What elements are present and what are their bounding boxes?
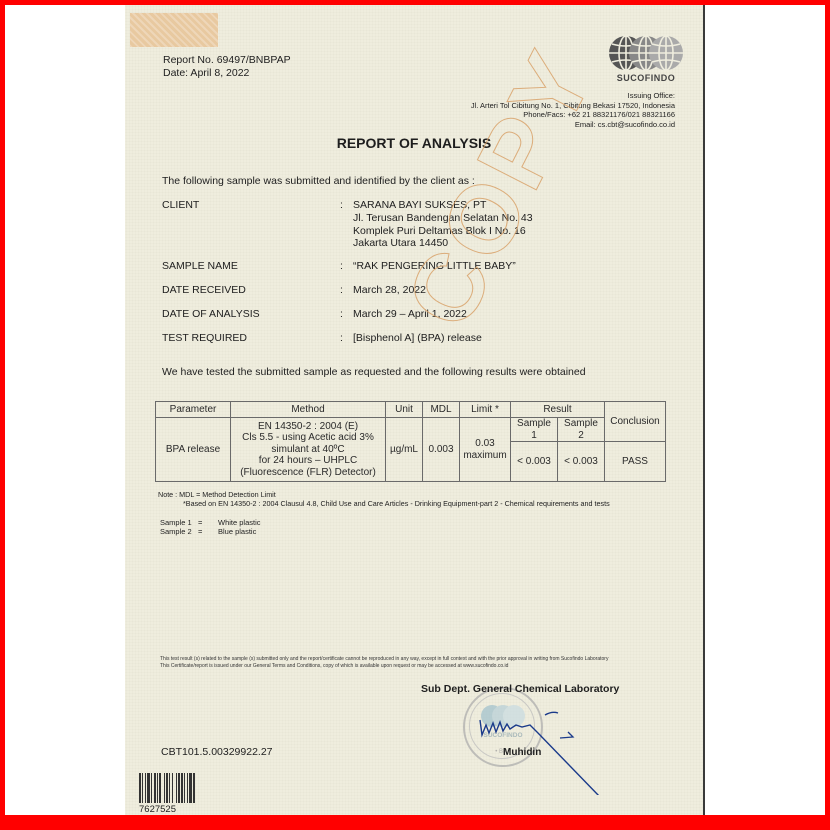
results-table: Parameter Method Unit MDL Limit * Result… bbox=[155, 401, 666, 482]
colon: : bbox=[340, 199, 343, 211]
sample-legend-item: Sample 2=Blue plastic bbox=[160, 527, 261, 536]
header-parameter: Parameter bbox=[156, 402, 231, 418]
test-required-label: TEST REQUIRED bbox=[162, 332, 247, 344]
cell-sample-1: < 0.003 bbox=[511, 442, 558, 482]
header-result: Result bbox=[511, 402, 605, 418]
sample-legend-item: Sample 1=White plastic bbox=[160, 518, 261, 527]
method-line: simulant at 40ºC bbox=[234, 444, 382, 456]
cell-limit: 0.03 maximum bbox=[460, 418, 511, 482]
document-code: CBT101.5.00329922.27 bbox=[161, 746, 273, 758]
colon: : bbox=[340, 308, 343, 320]
barcode bbox=[139, 773, 215, 803]
report-header: Report No. 69497/BNBPAP Date: April 8, 2… bbox=[163, 54, 291, 80]
header-sample-2: Sample2 bbox=[558, 418, 605, 442]
disclaimer-line: This test result (s) related to the samp… bbox=[160, 656, 608, 663]
colon: : bbox=[340, 260, 343, 272]
equals: = bbox=[198, 518, 218, 527]
globe-icon bbox=[648, 35, 684, 71]
method-line: (Fluorescence (FLR) Detector) bbox=[234, 467, 382, 479]
logo-text: SUCOFINDO bbox=[608, 73, 684, 83]
handwritten-signature bbox=[460, 695, 620, 795]
barcode-number: 7627525 bbox=[139, 804, 176, 815]
method-line: for 24 hours – UHPLC bbox=[234, 455, 382, 467]
date-analysis-label: DATE OF ANALYSIS bbox=[162, 308, 260, 320]
header-conclusion: Conclusion bbox=[605, 402, 666, 442]
disclaimer: This test result (s) related to the samp… bbox=[160, 656, 608, 670]
method-line: Cls 5.5 - using Acetic acid 3% bbox=[234, 432, 382, 444]
security-seal bbox=[130, 13, 218, 47]
equals: = bbox=[198, 527, 218, 536]
client-label: CLIENT bbox=[162, 199, 199, 211]
cell-unit: µg/mL bbox=[386, 418, 423, 482]
sample-desc: White plastic bbox=[218, 518, 261, 527]
disclaimer-line: This Certificate/report is issued under … bbox=[160, 663, 608, 670]
report-number: Report No. 69497/BNBPAP bbox=[163, 54, 291, 67]
header-limit: Limit * bbox=[460, 402, 511, 418]
red-frame-bottom bbox=[0, 815, 830, 830]
colon: : bbox=[340, 284, 343, 296]
note-based-on: *Based on EN 14350-2 : 2004 Clausul 4.8,… bbox=[158, 500, 610, 509]
cell-conclusion: PASS bbox=[605, 442, 666, 482]
method-line: EN 14350-2 : 2004 (E) bbox=[234, 421, 382, 433]
sample-id: Sample 1 bbox=[160, 518, 198, 527]
date-received-label: DATE RECEIVED bbox=[162, 284, 246, 296]
header-method: Method bbox=[231, 402, 386, 418]
cell-sample-2: < 0.003 bbox=[558, 442, 605, 482]
cell-mdl: 0.003 bbox=[423, 418, 460, 482]
header-sample-1: Sample1 bbox=[511, 418, 558, 442]
cell-method: EN 14350-2 : 2004 (E) Cls 5.5 - using Ac… bbox=[231, 418, 386, 482]
header-unit: Unit bbox=[386, 402, 423, 418]
department-name: Sub Dept. General Chemical Laboratory bbox=[421, 683, 619, 695]
sample-id: Sample 2 bbox=[160, 527, 198, 536]
tested-statement: We have tested the submitted sample as r… bbox=[162, 366, 586, 378]
sample-desc: Blue plastic bbox=[218, 527, 256, 536]
cell-parameter: BPA release bbox=[156, 418, 231, 482]
sample-name-label: SAMPLE NAME bbox=[162, 260, 238, 272]
limit-value: 0.03 bbox=[463, 438, 507, 450]
signer-name: Muhidin bbox=[503, 747, 541, 758]
colon: : bbox=[340, 332, 343, 344]
copy-watermark: COPY bbox=[385, 31, 617, 345]
sucofindo-logo: SUCOFINDO bbox=[608, 35, 684, 83]
table-notes: Note : MDL = Method Detection Limit *Bas… bbox=[158, 491, 610, 508]
report-date: Date: April 8, 2022 bbox=[163, 67, 291, 80]
limit-qualifier: maximum bbox=[463, 450, 507, 462]
sample-legend: Sample 1=White plastic Sample 2=Blue pla… bbox=[160, 518, 261, 536]
header-mdl: MDL bbox=[423, 402, 460, 418]
report-document: Report No. 69497/BNBPAP Date: April 8, 2… bbox=[125, 5, 705, 825]
intro-text: The following sample was submitted and i… bbox=[162, 175, 475, 187]
document-title: REPORT OF ANALYSIS bbox=[125, 135, 703, 151]
